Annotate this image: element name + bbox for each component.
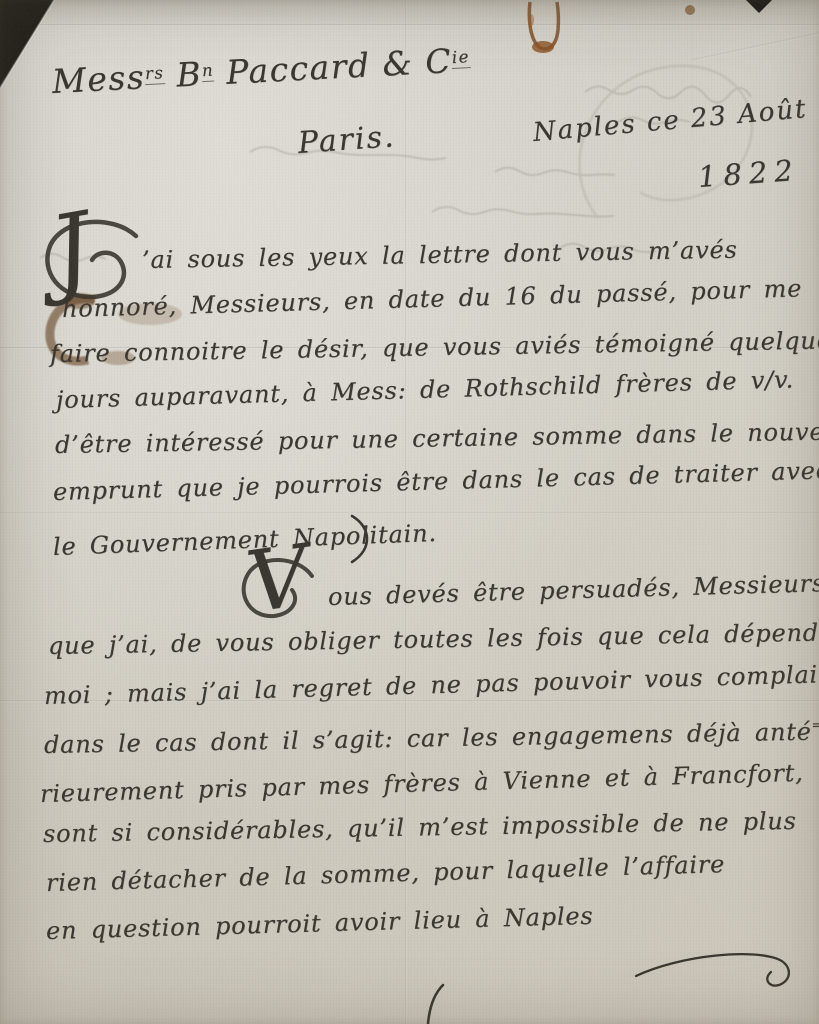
letter-line: que j’ai, de vous obliger toutes les foi…	[48, 618, 819, 660]
letter-line: jours auparavant, à Mess: de Rothschild …	[56, 365, 795, 414]
drop-cap-initial: J	[44, 204, 97, 296]
recipient-superscript: ie	[451, 47, 470, 69]
letter-line: ous devés être persuadés, Messieurs, de …	[328, 565, 819, 611]
continuation-hyphen: =	[811, 718, 819, 733]
letter-line: rieurement pris par mes frères à Vienne …	[40, 759, 804, 808]
recipient-line: Messrs Bn Paccard & Cie	[51, 40, 471, 101]
fold-crease	[0, 512, 819, 514]
closing-flourish	[636, 954, 789, 985]
recipient-text: Mess	[51, 57, 146, 101]
letter-line: moi ; mais j’ai la regret de ne pas pouv…	[44, 660, 819, 710]
fold-crease	[0, 24, 819, 26]
fold-crease	[691, 29, 819, 62]
letter-line: emprunt que je pourrois être dans le cas…	[53, 456, 819, 506]
next-page-stroke	[428, 985, 443, 1024]
letter-line-text: dans le cas dont il s’agit: car les enga…	[44, 718, 812, 759]
letter-line: faire connoitre le désir, que vous aviés…	[50, 326, 819, 368]
letter-line: rien détacher de la somme, pour laquelle…	[46, 850, 726, 897]
recipient-city: Paris.	[297, 119, 397, 161]
drop-cap-initial: V	[243, 538, 314, 621]
recipient-text: Paccard & C	[213, 41, 453, 92]
letter-sheet: Messrs Bn Paccard & Cie Paris. Naples ce…	[0, 0, 819, 1024]
letter-line: ’ai sous les yeux la lettre dont vous m’…	[142, 236, 738, 274]
letter-line: en question pourroit avoir lieu à Naples	[46, 902, 594, 945]
letter-line: honnoré, Messieurs, en date du 16 du pas…	[62, 274, 803, 323]
letter-line: sont si considérables, qu’il m’est impos…	[43, 807, 797, 848]
recipient-text: B	[163, 54, 203, 95]
dateline-year: 1822	[697, 153, 801, 194]
top-fold-strip	[0, 0, 819, 24]
letter-line: dans le cas dont il s’agit: car les enga…	[44, 717, 819, 759]
dateline: Naples ce 23 Août	[532, 94, 809, 148]
letter-line: d’être intéressé pour une certaine somme…	[55, 417, 819, 459]
scanned-letter-image: Messrs Bn Paccard & Cie Paris. Naples ce…	[0, 0, 819, 1024]
recipient-superscript: rs	[144, 63, 164, 85]
